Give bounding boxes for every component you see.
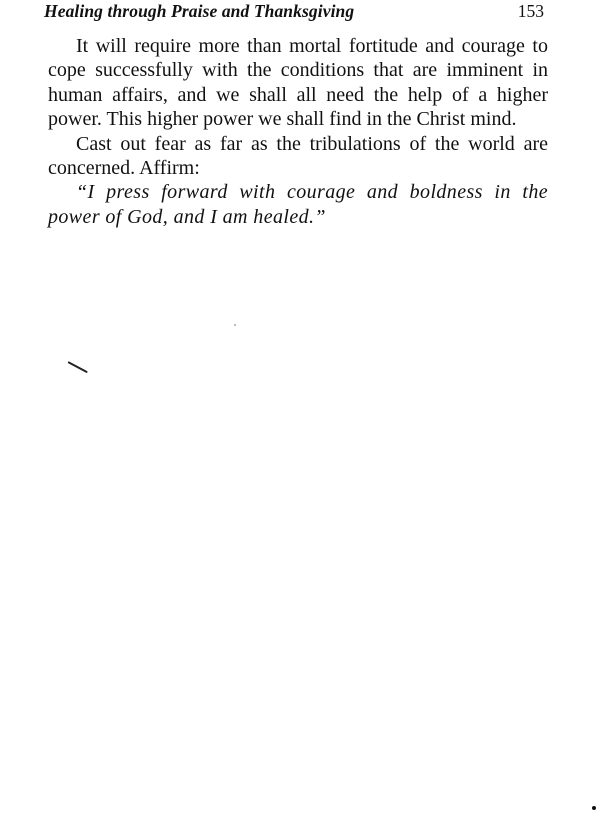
- affirmation-quote: “I press forward with courage and boldne…: [48, 180, 548, 229]
- body-text: It will require more than mortal fortitu…: [48, 34, 548, 229]
- scan-dot: [592, 806, 596, 810]
- scan-speck: [234, 324, 236, 326]
- page-number: 153: [518, 1, 546, 22]
- paragraph: It will require more than mortal fortitu…: [48, 34, 548, 132]
- stray-pen-mark: [68, 361, 88, 373]
- running-title: Healing through Praise and Thanksgiving: [44, 1, 354, 22]
- running-head: Healing through Praise and Thanksgiving …: [44, 1, 546, 25]
- book-page: Healing through Praise and Thanksgiving …: [0, 0, 600, 834]
- paragraph: Cast out fear as far as the tribulations…: [48, 132, 548, 181]
